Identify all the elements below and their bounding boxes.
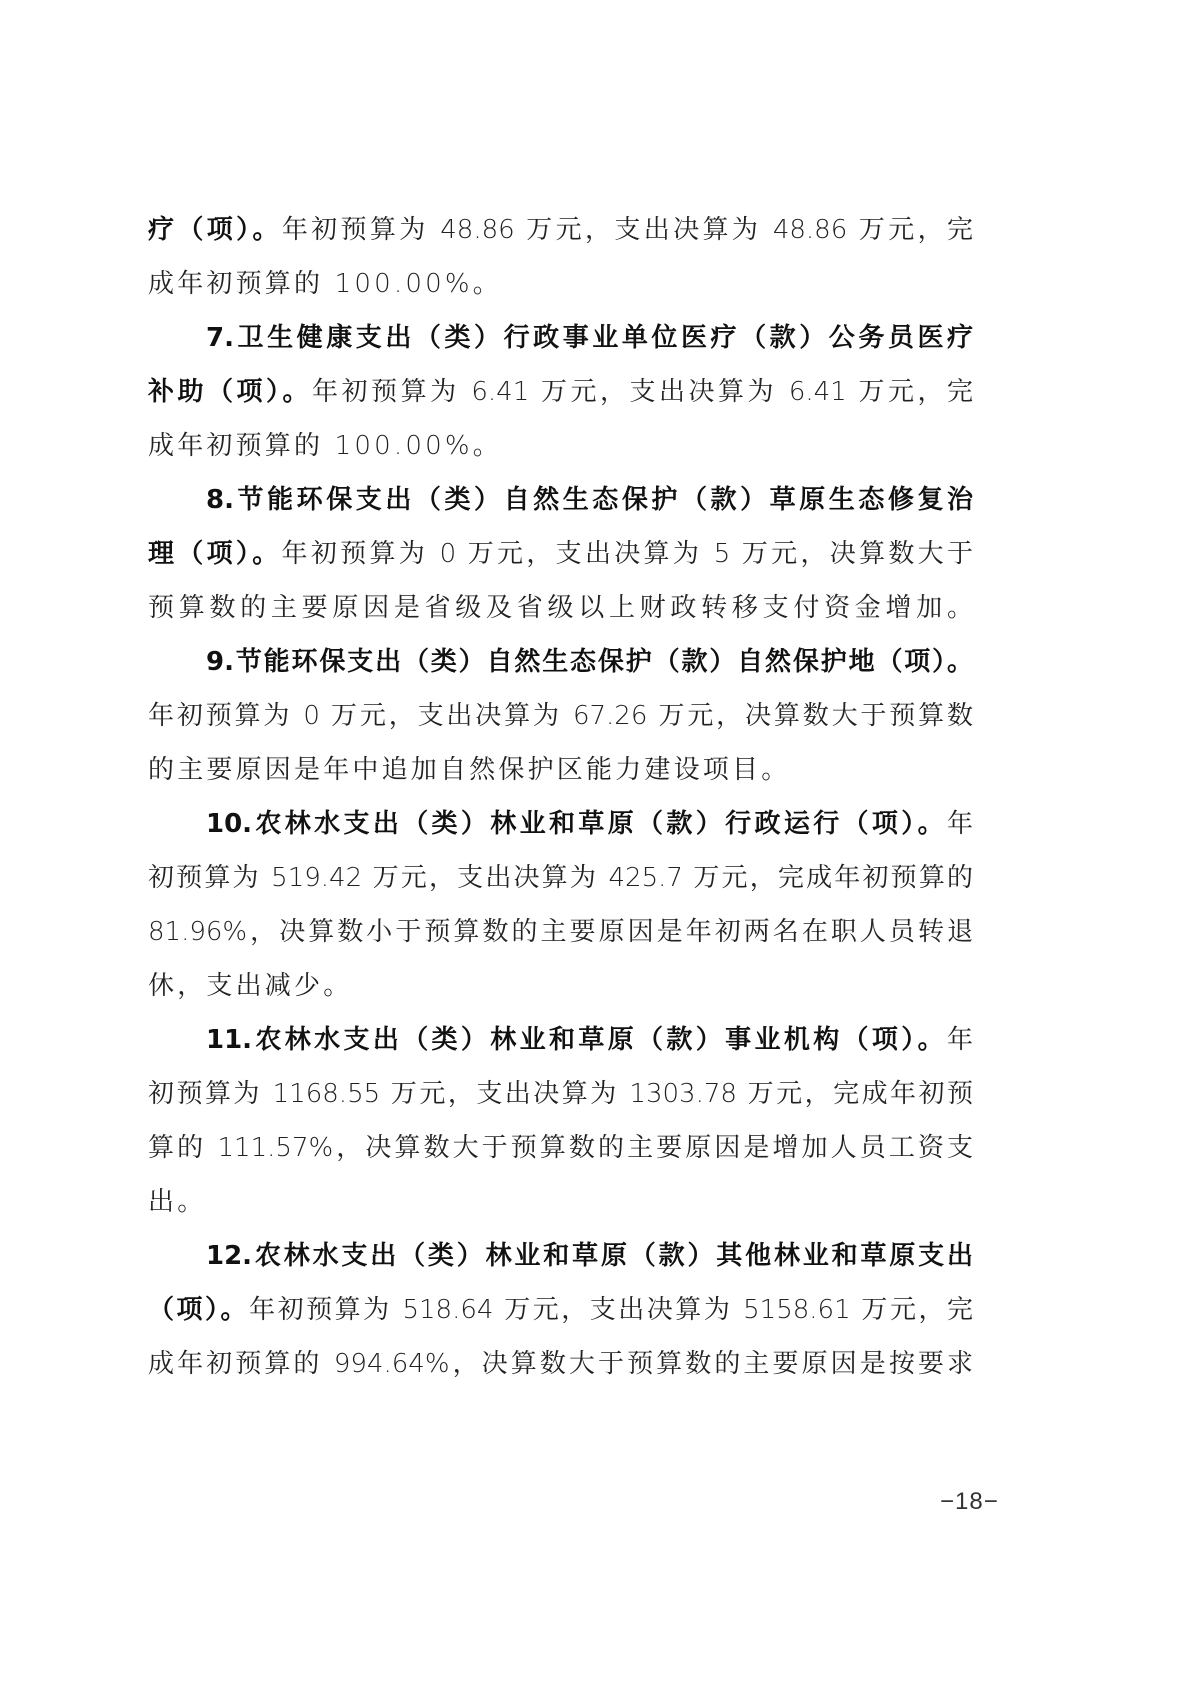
paragraph-item-6-tail: 疗（项）。年初预算为 48.86 万元，支出决算为 48.86 万元，完 成年初… [148, 203, 973, 311]
text-line: 理（项）。年初预算为 0 万元，支出决算为 5 万元，决算数大于 [148, 527, 973, 581]
text-line: 成年初预算的 100.00%。 [148, 419, 973, 473]
paragraph-item-12: 12.农林水支出（类）林业和草原（款）其他林业和草原支出 （项）。年初预算为 5… [148, 1229, 973, 1391]
text-line: 81.96%，决算数小于预算数的主要原因是年初两名在职人员转退 [148, 905, 973, 959]
item-heading: 疗（项）。 [148, 215, 282, 245]
page-number: −18− [940, 1488, 999, 1516]
paragraph-item-8: 8.节能环保支出（类）自然生态保护（款）草原生态修复治 理（项）。年初预算为 0… [148, 473, 973, 635]
item-body: 成年初预算的 994.64%，决算数大于预算数的主要原因是按要求 [148, 1349, 973, 1379]
item-body: 成年初预算的 100.00%。 [148, 431, 502, 461]
text-line: 预算数的主要原因是省级及省级以上财政转移支付资金增加。 [148, 581, 973, 635]
item-body: 成年初预算的 100.00%。 [148, 269, 502, 299]
text-line: 成年初预算的 100.00%。 [148, 257, 973, 311]
item-heading: 10.农林水支出（类）林业和草原（款）行政运行（项）。 [206, 809, 947, 839]
text-line: 出。 [148, 1175, 973, 1229]
item-heading: 11.农林水支出（类）林业和草原（款）事业机构（项）。 [206, 1025, 947, 1055]
item-heading: 补助（项）。 [148, 377, 312, 407]
item-body: 的主要原因是年中追加自然保护区能力建设项目。 [148, 755, 790, 785]
text-line: （项）。年初预算为 518.64 万元，支出决算为 5158.61 万元，完 [148, 1283, 973, 1337]
item-body: 年初预算为 518.64 万元，支出决算为 5158.61 万元，完 [249, 1295, 973, 1325]
paragraph-item-10: 10.农林水支出（类）林业和草原（款）行政运行（项）。年 初预算为 519.42… [148, 797, 973, 1013]
text-line: 年初预算为 0 万元，支出决算为 67.26 万元，决算数大于预算数 [148, 689, 973, 743]
item-heading: 12.农林水支出（类）林业和草原（款）其他林业和草原支出 [206, 1241, 973, 1271]
text-line: 的主要原因是年中追加自然保护区能力建设项目。 [148, 743, 973, 797]
paragraph-item-11: 11.农林水支出（类）林业和草原（款）事业机构（项）。年 初预算为 1168.5… [148, 1013, 973, 1229]
text-line: 算的 111.57%，决算数大于预算数的主要原因是增加人员工资支 [148, 1121, 973, 1175]
text-line: 10.农林水支出（类）林业和草原（款）行政运行（项）。年 [148, 797, 973, 851]
item-body: 年 [947, 1025, 973, 1055]
item-body: 出。 [148, 1187, 206, 1217]
item-body: 年初预算为 6.41 万元，支出决算为 6.41 万元，完 [312, 377, 973, 407]
item-body: 年初预算为 0 万元，支出决算为 5 万元，决算数大于 [282, 539, 973, 569]
item-heading: 8.节能环保支出（类）自然生态保护（款）草原生态修复治 [206, 485, 973, 515]
item-body: 年初预算为 48.86 万元，支出决算为 48.86 万元，完 [282, 215, 973, 245]
item-heading: （项）。 [148, 1295, 249, 1325]
item-body: 年 [947, 809, 973, 839]
text-line: 11.农林水支出（类）林业和草原（款）事业机构（项）。年 [148, 1013, 973, 1067]
text-line: 初预算为 519.42 万元，支出决算为 425.7 万元，完成年初预算的 [148, 851, 973, 905]
item-body: 81.96%，决算数小于预算数的主要原因是年初两名在职人员转退 [148, 917, 973, 947]
text-line: 成年初预算的 994.64%，决算数大于预算数的主要原因是按要求 [148, 1337, 973, 1391]
text-line: 7.卫生健康支出（类）行政事业单位医疗（款）公务员医疗 [148, 311, 973, 365]
item-heading: 理（项）。 [148, 539, 282, 569]
item-body: 初预算为 519.42 万元，支出决算为 425.7 万元，完成年初预算的 [148, 863, 973, 893]
text-line: 休，支出减少。 [148, 959, 973, 1013]
document-page: 疗（项）。年初预算为 48.86 万元，支出决算为 48.86 万元，完 成年初… [148, 203, 973, 1391]
paragraph-item-9: 9.节能环保支出（类）自然生态保护（款）自然保护地（项）。 年初预算为 0 万元… [148, 635, 973, 797]
item-heading: 9.节能环保支出（类）自然生态保护（款）自然保护地（项）。 [206, 647, 973, 677]
text-line: 12.农林水支出（类）林业和草原（款）其他林业和草原支出 [148, 1229, 973, 1283]
text-line: 8.节能环保支出（类）自然生态保护（款）草原生态修复治 [148, 473, 973, 527]
item-heading: 7.卫生健康支出（类）行政事业单位医疗（款）公务员医疗 [206, 323, 973, 353]
item-body: 年初预算为 0 万元，支出决算为 67.26 万元，决算数大于预算数 [148, 701, 973, 731]
text-line: 补助（项）。年初预算为 6.41 万元，支出决算为 6.41 万元，完 [148, 365, 973, 419]
item-body: 算的 111.57%，决算数大于预算数的主要原因是增加人员工资支 [148, 1133, 973, 1163]
item-body: 休，支出减少。 [148, 971, 352, 1001]
text-line: 初预算为 1168.55 万元，支出决算为 1303.78 万元，完成年初预 [148, 1067, 973, 1121]
text-line: 9.节能环保支出（类）自然生态保护（款）自然保护地（项）。 [148, 635, 973, 689]
text-line: 疗（项）。年初预算为 48.86 万元，支出决算为 48.86 万元，完 [148, 203, 973, 257]
item-body: 预算数的主要原因是省级及省级以上财政转移支付资金增加。 [148, 593, 973, 623]
item-body: 初预算为 1168.55 万元，支出决算为 1303.78 万元，完成年初预 [148, 1079, 973, 1109]
paragraph-item-7: 7.卫生健康支出（类）行政事业单位医疗（款）公务员医疗 补助（项）。年初预算为 … [148, 311, 973, 473]
